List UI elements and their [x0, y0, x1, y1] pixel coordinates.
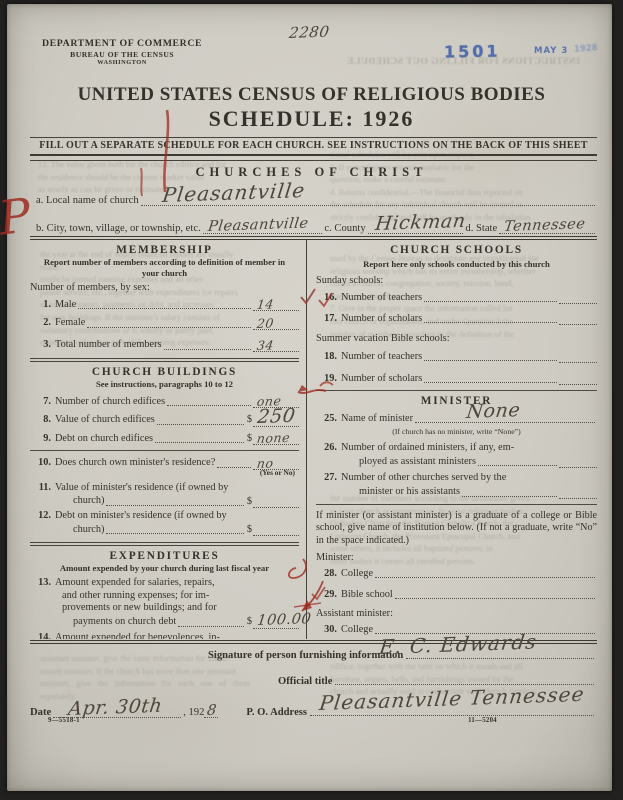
edifice-debt-field: none	[253, 431, 299, 445]
form-line-2: 2. Female 20	[30, 316, 299, 330]
scanned-census-form: INSTRUCTIONS FOR FILLING OUT SCHEDULE 12…	[0, 0, 623, 800]
form-line-19: 19. Number of scholars	[316, 371, 597, 385]
graduate-instructions: If minister (or assistant minister) is a…	[316, 510, 597, 548]
ss-teachers-field	[559, 290, 597, 304]
city-entry: Pleasantville	[207, 216, 310, 235]
dollar-sign: $	[246, 496, 253, 508]
state-label: d. State	[465, 223, 497, 234]
assistant-ministers-field	[559, 454, 597, 468]
female-count-entry: 20	[256, 315, 275, 331]
date-stamp-year: 1928	[574, 43, 598, 55]
banner-rule	[30, 160, 597, 161]
form-line-1: 1. Male 14	[30, 297, 299, 311]
county-label: c. County	[324, 223, 365, 234]
rule	[30, 450, 299, 451]
vacation-schools-label: Summer vacation Bible schools:	[316, 333, 597, 344]
residence-value-field	[253, 494, 299, 508]
church-schools-subheading: Report here only schools conducted by th…	[322, 259, 591, 270]
dollar-sign: $	[246, 433, 253, 445]
department-name: DEPARTMENT OF COMMERCE	[42, 38, 202, 50]
rule	[30, 542, 299, 546]
minister-group-label: Minister:	[316, 552, 597, 563]
signature-row: Signature of person furnishing informati…	[208, 650, 597, 661]
edifice-value-entry: 250	[256, 405, 297, 429]
year-digit-field: 8	[204, 704, 218, 718]
print-code: 11—5204	[468, 717, 497, 724]
total-members-field: 34	[253, 338, 299, 352]
minister-none-note: (If church has no minister, write “None”…	[316, 427, 597, 436]
residence-debt-field	[253, 522, 299, 536]
expenditures-heading: EXPENDITURES	[30, 550, 299, 562]
form-line-11: 11. Value of minister's residence (if ow…	[30, 482, 299, 508]
bureau-name: BUREAU OF THE CENSUS	[42, 50, 202, 59]
expenditures-subheading: Amount expended by your church during la…	[36, 563, 293, 574]
form-line-a: a. Local name of church Pleasantville	[36, 192, 597, 206]
office-city: WASHINGTON	[42, 59, 202, 67]
vbs-teachers-field	[559, 349, 597, 363]
church-schools-heading: CHURCH SCHOOLS	[316, 244, 597, 256]
sunday-schools-label: Sunday schools:	[316, 275, 597, 286]
official-title-label: Official title	[278, 676, 332, 687]
date-address-row: Date Apr. 30th , 192 8 P. O. Address Ple…	[30, 703, 597, 718]
other-churches-field	[559, 485, 597, 499]
local-name-entry: Pleasantville	[161, 178, 307, 207]
membership-lead: Number of members, by sex:	[30, 282, 299, 293]
edifice-value-field: 250	[253, 413, 299, 427]
form-line-14: 14. Amount expended for benevolences, in…	[30, 632, 299, 639]
dollar-sign: $	[246, 616, 253, 628]
city-field: Pleasantville	[203, 220, 323, 234]
church-buildings-heading: CHURCH BUILDINGS	[30, 366, 299, 378]
handwritten-serial-number: 2280	[288, 23, 331, 42]
total-members-entry: 34	[256, 337, 275, 353]
local-name-field: Pleasantville	[141, 192, 595, 206]
form-line-9: 9. Debt on church edifices $ none	[30, 431, 299, 445]
right-column: CHURCH SCHOOLS Report here only schools …	[307, 240, 597, 639]
form-line-28: 28. College	[316, 568, 597, 580]
footer-block: Signature of person furnishing informati…	[30, 646, 597, 718]
assistant-group-label: Assistant minister:	[316, 608, 597, 619]
form-line-8: 8. Value of church edifices $ 250	[30, 413, 299, 427]
church-buildings-subheading: See instructions, paragraphs 10 to 12	[36, 379, 293, 390]
form-line-29: 29. Bible school	[316, 589, 597, 601]
date-stamp: MAY 3	[534, 46, 568, 56]
male-count-field: 14	[253, 297, 299, 311]
date-entry: Apr. 30th	[67, 695, 164, 720]
agency-block: DEPARTMENT OF COMMERCE BUREAU OF THE CEN…	[42, 38, 202, 67]
form-line-12: 12. Debt on minister's residence (if own…	[30, 510, 299, 536]
city-label: b. City, town, village, or township, etc…	[36, 223, 201, 234]
instruction-banner: FILL OUT A SEPARATE SCHEDULE FOR EACH CH…	[30, 137, 597, 156]
form-schedule-year: SCHEDULE: 1926	[0, 106, 623, 132]
form-line-3: 3. Total number of members 34	[30, 338, 299, 352]
ss-scholars-field	[559, 311, 597, 325]
male-count-entry: 14	[256, 297, 275, 313]
rule	[30, 358, 299, 362]
denomination-heading: CHURCHES OF CHRIST	[0, 165, 623, 180]
membership-heading: MEMBERSHIP	[30, 244, 299, 256]
date-field: Apr. 30th	[53, 703, 181, 718]
form-line-16: 16. Number of teachers	[316, 290, 597, 304]
rule	[316, 504, 597, 505]
form-line-17: 17. Number of scholars	[316, 311, 597, 325]
salaries-amount-entry: 100.00	[256, 611, 312, 630]
dollar-sign: $	[246, 524, 253, 536]
left-column: MEMBERSHIP Report number of members acco…	[30, 240, 307, 639]
salaries-amount-field: 100.00	[253, 615, 299, 629]
form-line-b: b. City, town, village, or township, etc…	[36, 220, 597, 234]
minister-name-field: None	[415, 409, 595, 423]
minister-heading: MINISTER	[316, 395, 597, 407]
female-count-field: 20	[253, 316, 299, 330]
minister-name-entry: None	[465, 399, 522, 424]
signature-label: Signature of person furnishing informati…	[208, 650, 403, 661]
received-number-stamp: 1501	[444, 42, 501, 62]
vbs-scholars-field	[559, 371, 597, 385]
county-field: Hickman	[368, 220, 464, 234]
dollar-sign: $	[246, 414, 253, 426]
year-digit-entry: 8	[206, 703, 218, 719]
po-address-label: P. O. Address	[246, 707, 307, 718]
printed-year: , 192	[183, 707, 204, 718]
form-title: UNITED STATES CENSUS OF RELIGIOUS BODIES	[0, 84, 623, 106]
edifice-debt-entry: none	[256, 430, 291, 446]
membership-subheading: Report number of members according to de…	[36, 257, 293, 279]
local-name-label: a. Local name of church	[36, 195, 139, 206]
form-line-25: 25. Name of minister None	[316, 409, 597, 425]
form-line-10: 10. Does church own minister's residence…	[30, 456, 299, 470]
form-body-columns: MEMBERSHIP Report number of members acco…	[30, 240, 597, 639]
rule	[316, 390, 597, 391]
county-entry: Hickman	[374, 210, 467, 235]
form-line-27: 27. Number of other churches served by t…	[316, 472, 597, 498]
form-line-13: 13. Amount expended for salaries, repair…	[30, 577, 299, 628]
signature-entry: E. C. Edwards	[378, 630, 538, 659]
state-field: Tennessee	[499, 220, 595, 234]
yes-or-no-note: (Yes or No)	[260, 469, 295, 478]
form-line-26: 26. Number of ordained ministers, if any…	[316, 442, 597, 468]
po-address-field: Pleasantville Tennessee	[310, 713, 594, 716]
form-number: 9—5518-1	[48, 717, 80, 724]
form-line-18: 18. Number of teachers	[316, 349, 597, 363]
state-entry: Tennessee	[503, 216, 586, 235]
signature-field: E. C. Edwards	[406, 656, 594, 659]
